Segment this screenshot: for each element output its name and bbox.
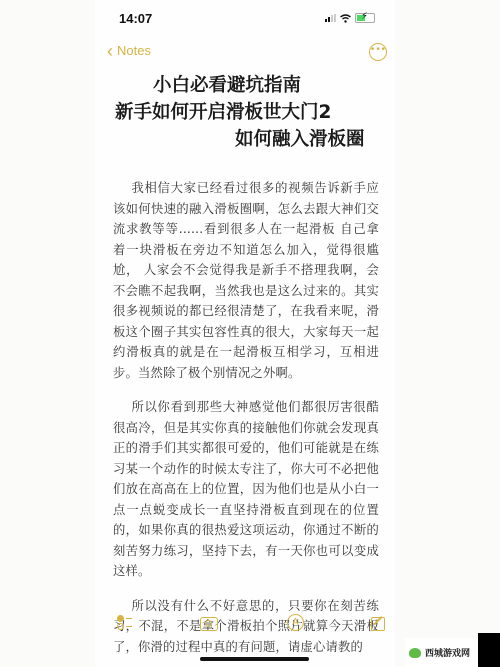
note-title[interactable]: 小白必看避坑指南 新手如何开启滑板世大门2 如何融入滑板圈: [95, 72, 395, 153]
status-bar: 14:07 ⚡: [95, 8, 395, 30]
battery-charging-icon: ⚡: [355, 13, 375, 23]
watermark-text: 西城游戏网: [425, 646, 470, 659]
wifi-icon: [340, 14, 351, 23]
status-time: 14:07: [119, 11, 152, 26]
back-to-notes-button[interactable]: ‹ Notes: [107, 43, 151, 58]
title-line: 如何融入滑板圈: [95, 126, 395, 153]
home-indicator: [200, 657, 309, 661]
title-line: 小白必看避坑指南: [95, 72, 395, 99]
markup-button[interactable]: A: [287, 614, 304, 631]
markup-pen-icon: A: [292, 617, 299, 628]
watermark-logo-icon: [409, 648, 421, 658]
checklist-icon: [117, 614, 132, 622]
paragraph: 我相信大家已经看过很多的视频告诉新手应该如何快速的融入滑板圈啊，怎么去跟大神们交…: [113, 178, 379, 383]
nav-bar: ‹ Notes •••: [95, 40, 395, 66]
more-options-button[interactable]: •••: [369, 43, 387, 61]
compose-button[interactable]: [371, 617, 385, 631]
notes-app-screen: 14:07 ⚡ ‹ Notes ••• 小白必看避坑指南 新手如何开启滑板世大门…: [95, 0, 395, 667]
paragraph: 所以你看到那些大神感觉他们都很厉害很酷很高冷，但是其实你真的接触他们你就会发现真…: [113, 397, 379, 582]
title-line: 新手如何开启滑板世大门2: [95, 99, 395, 126]
bottom-toolbar: A: [95, 612, 395, 636]
signal-icon: [325, 14, 336, 22]
back-label: Notes: [117, 43, 151, 58]
watermark: 西城游戏网: [405, 638, 500, 667]
checklist-button[interactable]: [117, 614, 132, 630]
ellipsis-icon: •••: [370, 45, 386, 55]
status-icons: ⚡: [325, 13, 375, 23]
camera-button[interactable]: [200, 617, 218, 631]
chevron-left-icon: ‹: [107, 44, 113, 58]
note-body[interactable]: 我相信大家已经看过很多的视频告诉新手应该如何快速的融入滑板圈啊，怎么去跟大神们交…: [113, 178, 379, 658]
